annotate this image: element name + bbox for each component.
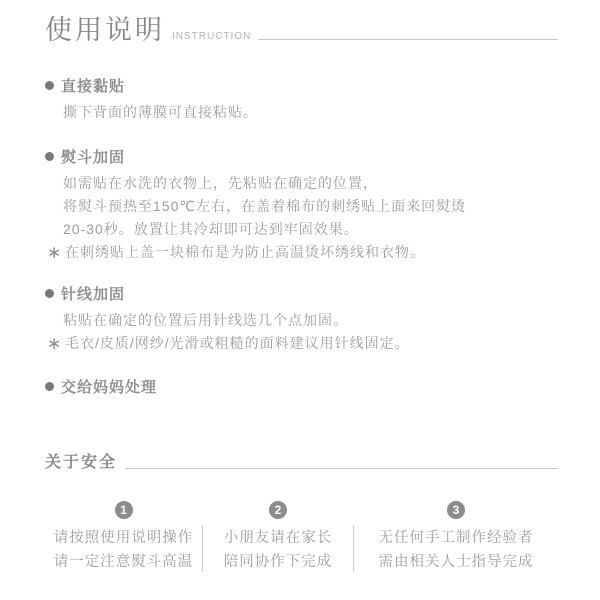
instruction-page: 使用说明 INSTRUCTION 直接黏贴 撕下背面的薄膜可直接粘贴。 熨斗加固…	[0, 0, 600, 600]
section-body: 如需贴在水洗的衣物上，先粘贴在确定的位置， 将熨斗预热至150℃左右，在盖着棉布…	[63, 172, 558, 241]
safety-text: 小朋友请在家长	[224, 526, 333, 550]
body-line: 粘贴在确定的位置后用针线选几个点加固。	[63, 309, 558, 332]
number-2-badge-icon: 2	[269, 501, 287, 519]
body-line: 如需贴在水洗的衣物上，先粘贴在确定的位置，	[63, 172, 558, 195]
safety-rule	[125, 468, 558, 469]
section-give-to-mom: 交给妈妈处理	[45, 379, 558, 395]
bullet-icon	[45, 152, 54, 161]
section-body: 粘贴在确定的位置后用针线选几个点加固。	[63, 309, 558, 332]
bullet-icon	[45, 81, 54, 90]
section-iron-fix: 熨斗加固 如需贴在水洗的衣物上，先粘贴在确定的位置， 将熨斗预热至150℃左右，…	[45, 149, 558, 264]
body-line: 20-30秒。放置让其冷却即可达到牢固效果。	[63, 218, 558, 241]
section-title: 交给妈妈处理	[61, 376, 157, 397]
section-title-row: 直接黏贴	[45, 78, 558, 94]
asterisk-icon: ∗	[47, 241, 65, 264]
note-line: ∗ 在刺绣贴上盖一块棉布是为防止高温烫坏绣线和衣物。	[45, 241, 558, 264]
section-title-row: 熨斗加固	[45, 149, 558, 165]
safety-text: 陪同协作下完成	[224, 550, 333, 574]
safety-text: 无任何手工制作经验者	[379, 526, 534, 550]
safety-text: 需由相关人士指导完成	[379, 550, 534, 574]
safety-grid: 1 请按照使用说明操作 请一定注意熨斗高温 2 小朋友请在家长 陪同协作下完成 …	[45, 501, 558, 574]
section-direct-paste: 直接黏贴 撕下背面的薄膜可直接粘贴。	[45, 78, 558, 124]
safety-header: 关于安全	[45, 449, 558, 472]
note-text: 在刺绣贴上盖一块棉布是为防止高温烫坏绣线和衣物。	[65, 241, 425, 264]
body-line: 撕下背面的薄膜可直接粘贴。	[63, 101, 558, 124]
section-title: 熨斗加固	[61, 146, 125, 167]
asterisk-icon: ∗	[47, 332, 65, 355]
section-body: 撕下背面的薄膜可直接粘贴。	[63, 101, 558, 124]
page-header: 使用说明 INSTRUCTION	[45, 16, 558, 46]
note-line: ∗ 毛衣/皮质/网纱/光滑或粗糙的面料建议用针线固定。	[45, 332, 558, 355]
safety-text: 请按照使用说明操作	[54, 526, 194, 550]
bullet-icon	[45, 382, 54, 391]
number-1-badge-icon: 1	[115, 501, 133, 519]
body-line: 将熨斗预热至150℃左右，在盖着棉布的刺绣贴上面来回熨烫	[63, 195, 558, 218]
safety-item-2: 2 小朋友请在家长 陪同协作下完成	[203, 501, 353, 574]
safety-text: 请一定注意熨斗高温	[54, 550, 194, 574]
section-title: 直接黏贴	[61, 75, 125, 96]
section-title-row: 针线加固	[45, 286, 558, 302]
note-text: 毛衣/皮质/网纱/光滑或粗糙的面料建议用针线固定。	[65, 332, 410, 355]
safety-item-3: 3 无任何手工制作经验者 需由相关人士指导完成	[354, 501, 558, 574]
page-title: 使用说明	[45, 16, 165, 46]
header-rule	[258, 39, 558, 40]
section-title-row: 交给妈妈处理	[45, 379, 558, 395]
safety-item-1: 1 请按照使用说明操作 请一定注意熨斗高温	[45, 501, 202, 574]
page-subtitle: INSTRUCTION	[172, 31, 251, 42]
section-needle-fix: 针线加固 粘贴在确定的位置后用针线选几个点加固。 ∗ 毛衣/皮质/网纱/光滑或粗…	[45, 286, 558, 355]
safety-heading: 关于安全	[45, 449, 117, 472]
number-3-badge-icon: 3	[447, 501, 465, 519]
bullet-icon	[45, 289, 54, 298]
section-title: 针线加固	[61, 283, 125, 304]
